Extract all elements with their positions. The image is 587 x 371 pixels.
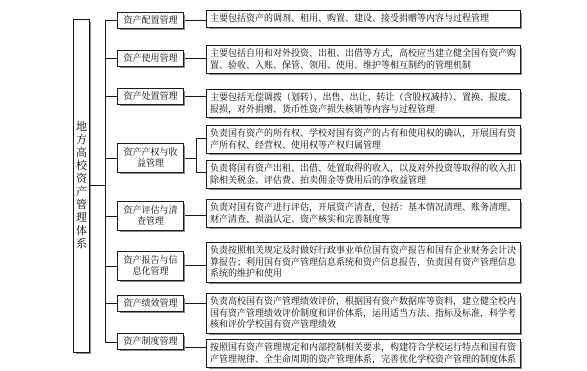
description-box: 负责将国有资产出租、出借、处置取得的收入，以及对外投资等取得的收入扣除相关税金、… [206,160,521,189]
connector-branch-1 [105,20,117,21]
branch-label: 资产报告与信息化管理 [120,255,181,277]
branch-label: 资产评估与清查管理 [120,205,181,227]
connector-desc-3 [184,96,206,97]
connector-desc-5 [184,215,206,216]
connector-branch-8 [105,342,117,343]
connector-desc-4a [196,138,206,139]
description-box: 主要包括无偿调拨（划转）、出售、出让、转让（含股权减持）、置换、报废、报损，对外… [206,89,521,118]
description-box: 负责对国有资产进行评估，开展资产清查，包括：基本情况清理、账务清理、财产清查、损… [206,199,521,228]
description-box: 负责国有资产的所有权、学校对国有资产的占有和使用权的确认，开展国有资产所有权、经… [206,125,521,154]
connector-branch-7 [105,303,117,304]
root-node-label: 地方高校资产管理体系 [76,121,88,251]
branch-node-appraisal-inventory: 资产评估与清查管理 [117,201,184,231]
connector-desc-1 [184,20,206,21]
connector-branch-4 [105,158,117,159]
branch-node-rights-income: 资产产权与收益管理 [117,143,184,173]
connector-desc-7 [184,303,206,304]
root-node: 地方高校资产管理体系 [73,19,90,353]
connector-branch-6 [105,266,117,267]
description-box: 主要包括自用和对外投资、出租、出借等方式，高校应当建立健全国有资产购置、验收、入… [206,45,521,74]
connector-desc-2 [184,58,206,59]
connector-desc-4b [196,172,206,173]
branch-node-system: 资产制度管理 [117,333,184,350]
description-box: 负责按照相关规定及时做好行政事业单位国有资产报告和国有企业财务会计决算报告；利用… [206,242,521,283]
connector-branch-3 [105,96,117,97]
branch-label: 资产使用管理 [123,53,177,64]
connector-desc-6 [184,265,206,266]
connector-trunk [105,20,106,342]
branch-label: 资产制度管理 [123,336,177,347]
branch-node-performance: 资产绩效管理 [117,295,184,312]
connector-branch-5 [105,216,117,217]
branch-label: 资产处置管理 [123,91,177,102]
connector-branch-2 [105,58,117,59]
branch-label: 资产配置管理 [123,15,177,26]
description-box: 主要包括资产的调剂、租用、购置、建设、接受捐赠等内容与过程管理 [206,10,521,28]
connector-root-trunk [90,185,105,186]
connector-desc-4-stem [184,158,196,159]
branch-node-asset-usage: 资产使用管理 [117,50,184,67]
branch-node-asset-allocation: 资产配置管理 [117,12,184,29]
branch-label: 资产产权与收益管理 [120,147,181,169]
org-chart-canvas: 地方高校资产管理体系 资产配置管理 资产使用管理 资产处置管理 资产产权与收益管… [0,0,587,371]
connector-desc-8 [184,347,206,348]
description-box: 按照国有资产管理规定和内部控制相关要求，构建符合学校运行特点和国有资产管理规律、… [206,339,521,368]
description-box: 负责高校国有资产管理绩效评价，根据国有资产数据库等资料，建立健全校内国有资产管理… [206,293,521,334]
branch-label: 资产绩效管理 [123,298,177,309]
branch-node-report-informatization: 资产报告与信息化管理 [117,251,184,281]
branch-node-asset-disposal: 资产处置管理 [117,88,184,105]
connector-desc-4-bracket [196,138,197,173]
